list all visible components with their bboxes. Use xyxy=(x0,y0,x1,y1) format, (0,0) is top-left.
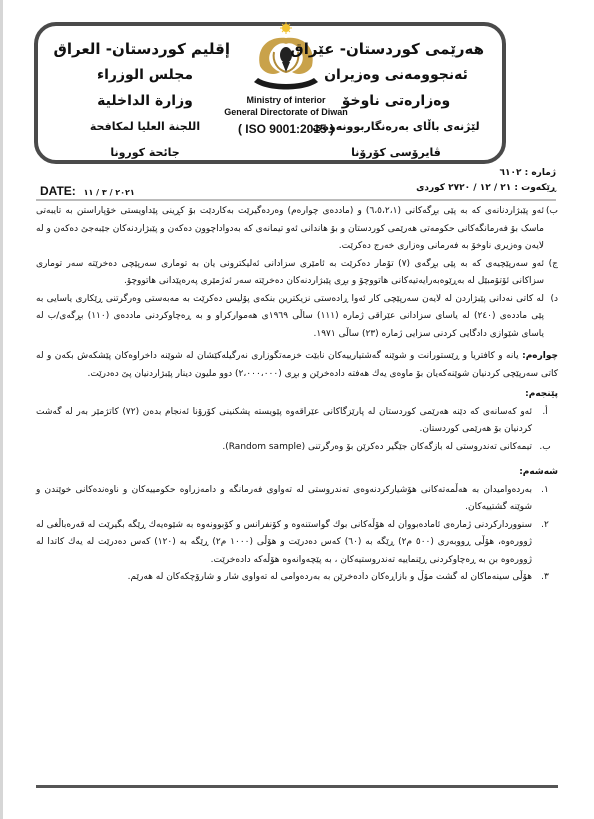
letterhead: إقليم كوردستان- العراق مجلس الوزراء وزار… xyxy=(34,22,506,164)
section-heading: چوارەم: xyxy=(522,351,558,361)
reference-number: ژمارە : ٦١٠٢ xyxy=(416,166,556,181)
reference-date: ڕێکەوت : ٢١ / ١٢ / ٢٧٢٠ کوردی xyxy=(416,181,556,196)
committee-name-arabic: اللجنة العليا لمكافحة xyxy=(60,114,230,140)
list-marker: ٣. xyxy=(532,569,558,587)
section-text: یانە و کافتریا و ڕێستورانت و شوێنە گەشتی… xyxy=(36,351,558,379)
committee-name-kurdish: لێژنەی باڵای بەرەنگاربوونەوەی xyxy=(308,114,484,140)
reference-date-value: ٢١ / ١٢ / ٢٧٢٠ کوردی xyxy=(416,183,511,193)
letterhead-kurdish: هەرێمی کوردستان- عێراق ئەنجوومەنی وەزیرا… xyxy=(308,36,484,166)
date-value: ٢٠٢١ / ٣ / ١١ xyxy=(84,188,135,197)
section-fifth-item-b: ب. تیمەکانی تەندروستی لە بازگەکان جێگیر … xyxy=(36,439,558,457)
paragraph-marker: د) xyxy=(544,291,558,344)
list-text: هۆڵی سینەماکان لە گشت مۆڵ و بازاڕەکان دا… xyxy=(36,569,532,587)
list-marker: ٢. xyxy=(532,517,558,570)
section-fifth-heading: پێنجەم: xyxy=(36,386,558,404)
section-fourth: چوارەم: یانە و کافتریا و ڕێستورانت و شوێ… xyxy=(36,348,558,383)
council-name-kurdish: ئەنجوومەنی وەزیران xyxy=(308,62,484,88)
date-label: DATE: xyxy=(40,184,76,198)
paragraph-j: ج) ئەو سەرپێچیەی کە بە پێی بڕگەی (٧) تۆم… xyxy=(36,256,558,291)
section-sixth-heading: شەشەم: xyxy=(36,464,558,482)
reference-block: ژمارە : ٦١٠٢ ڕێکەوت : ٢١ / ١٢ / ٢٧٢٠ کور… xyxy=(416,166,556,196)
letterhead-arabic: إقليم كوردستان- العراق مجلس الوزراء وزار… xyxy=(60,36,230,166)
virus-name-kurdish: ڤایرۆسی کۆرۆنا xyxy=(308,140,484,166)
section-sixth-item-3: ٣. هۆڵی سینەماکان لە گشت مۆڵ و بازاڕەکان… xyxy=(36,569,558,587)
section-sixth-item-2: ٢. سنووردارکردنی ژمارەی ئامادەبووان لە ه… xyxy=(36,517,558,570)
reference-number-value: ٦١٠٢ xyxy=(500,168,522,178)
ministry-name-kurdish: وەزارەتی ناوخۆ xyxy=(308,88,484,114)
header-divider xyxy=(36,199,556,201)
paragraph-text: ئەو پێبژاردنانەی کە بە پێی بڕگەکانی (٦،٥… xyxy=(36,203,544,256)
section-sixth-item-1: ١. بەردەوامیدان بە هەڵمەتەکانی هۆشیارکرد… xyxy=(36,482,558,517)
region-name-arabic: إقليم كوردستان- العراق xyxy=(60,36,230,62)
reference-number-label: ژمارە : xyxy=(525,168,556,178)
list-text: سنووردارکردنی ژمارەی ئامادەبووان لە هۆڵە… xyxy=(36,517,532,570)
list-marker: أ. xyxy=(532,404,558,439)
list-marker: ب. xyxy=(532,439,558,457)
paragraph-text: لە کاتی نەدانی پێبژاردن لە لایەن سەرپێچی… xyxy=(36,291,544,344)
ministry-name-arabic: وزارة الداخلية xyxy=(60,88,230,114)
list-marker: ١. xyxy=(532,482,558,517)
paragraph-d: د) لە کاتی نەدانی پێبژاردن لە لایەن سەرپ… xyxy=(36,291,558,344)
page-edge xyxy=(0,0,3,819)
footer-divider xyxy=(36,785,558,788)
region-name-kurdish: هەرێمی کوردستان- عێراق xyxy=(308,36,484,62)
document-body: ب) ئەو پێبژاردنانەی کە بە پێی بڕگەکانی (… xyxy=(36,203,558,587)
paragraph-text: ئەو سەرپێچیەی کە بە پێی بڕگەی (٧) تۆمار … xyxy=(36,256,544,291)
paragraph-b: ب) ئەو پێبژاردنانەی کە بە پێی بڕگەکانی (… xyxy=(36,203,558,256)
section-fifth-item-a: أ. ئەو کەسانەی کە دێنە هەرێمی کوردستان ل… xyxy=(36,404,558,439)
list-text: تیمەکانی تەندروستی لە بازگەکان جێگیر دەک… xyxy=(36,439,532,457)
pandemic-name-arabic: جائحة كورونا xyxy=(60,140,230,166)
reference-date-label: ڕێکەوت : xyxy=(514,183,556,193)
paragraph-marker: ب) xyxy=(544,203,558,256)
council-name-arabic: مجلس الوزراء xyxy=(60,62,230,88)
list-text: ئەو کەسانەی کە دێنە هەرێمی کوردستان لە پ… xyxy=(36,404,532,439)
list-text: بەردەوامیدان بە هەڵمەتەکانی هۆشیارکردنەو… xyxy=(36,482,532,517)
paragraph-marker: ج) xyxy=(544,256,558,291)
gregorian-date: DATE: ٢٠٢١ / ٣ / ١١ xyxy=(40,184,135,198)
